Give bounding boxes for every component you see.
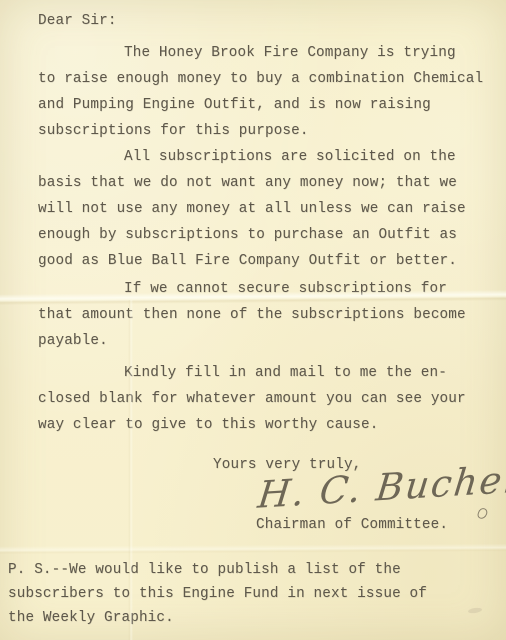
signature-flourish-mark [477, 507, 489, 520]
postscript-line: P. S.--We would like to publish a list o… [8, 558, 427, 582]
letter-line: good as Blue Ball Fire Company Outfit or… [38, 248, 483, 274]
postscript: P. S.--We would like to publish a list o… [8, 558, 427, 630]
letter-paper: Dear Sir: The Honey Brook Fire Company i… [0, 0, 506, 640]
letter-line: Kindly fill in and mail to me the en- [124, 360, 483, 386]
paragraph-3: If we cannot secure subscriptions for th… [38, 276, 483, 354]
letter-line: The Honey Brook Fire Company is trying [124, 40, 483, 66]
letter-line: will not use any money at all unless we … [38, 196, 483, 222]
letter-line: All subscriptions are solicited on the [124, 144, 483, 170]
letter-body: Dear Sir: The Honey Brook Fire Company i… [38, 8, 483, 438]
paragraph-1: The Honey Brook Fire Company is trying t… [38, 40, 483, 144]
letter-line: subscriptions for this purpose. [38, 118, 483, 144]
paper-smudge [468, 607, 483, 614]
letter-line: way clear to give to this worthy cause. [38, 412, 483, 438]
letter-line: enough by subscriptions to purchase an O… [38, 222, 483, 248]
horizontal-fold-crease-lower [0, 544, 506, 555]
postscript-line: subscribers to this Engine Fund in next … [8, 582, 427, 606]
letter-line: If we cannot secure subscriptions for [124, 276, 483, 302]
postscript-line: the Weekly Graphic. [8, 606, 427, 630]
salutation: Dear Sir: [38, 8, 483, 34]
letter-line: closed blank for whatever amount you can… [38, 386, 483, 412]
letter-line: to raise enough money to buy a combinati… [38, 66, 483, 92]
signature-title: Chairman of Committee. [256, 512, 448, 538]
letter-line: basis that we do not want any money now;… [38, 170, 483, 196]
paragraph-4: Kindly fill in and mail to me the en- cl… [38, 360, 483, 438]
letter-line: payable. [38, 328, 483, 354]
letter-line: and Pumping Engine Outfit, and is now ra… [38, 92, 483, 118]
letter-line: that amount then none of the subscriptio… [38, 302, 483, 328]
paragraph-2: All subscriptions are solicited on the b… [38, 144, 483, 274]
